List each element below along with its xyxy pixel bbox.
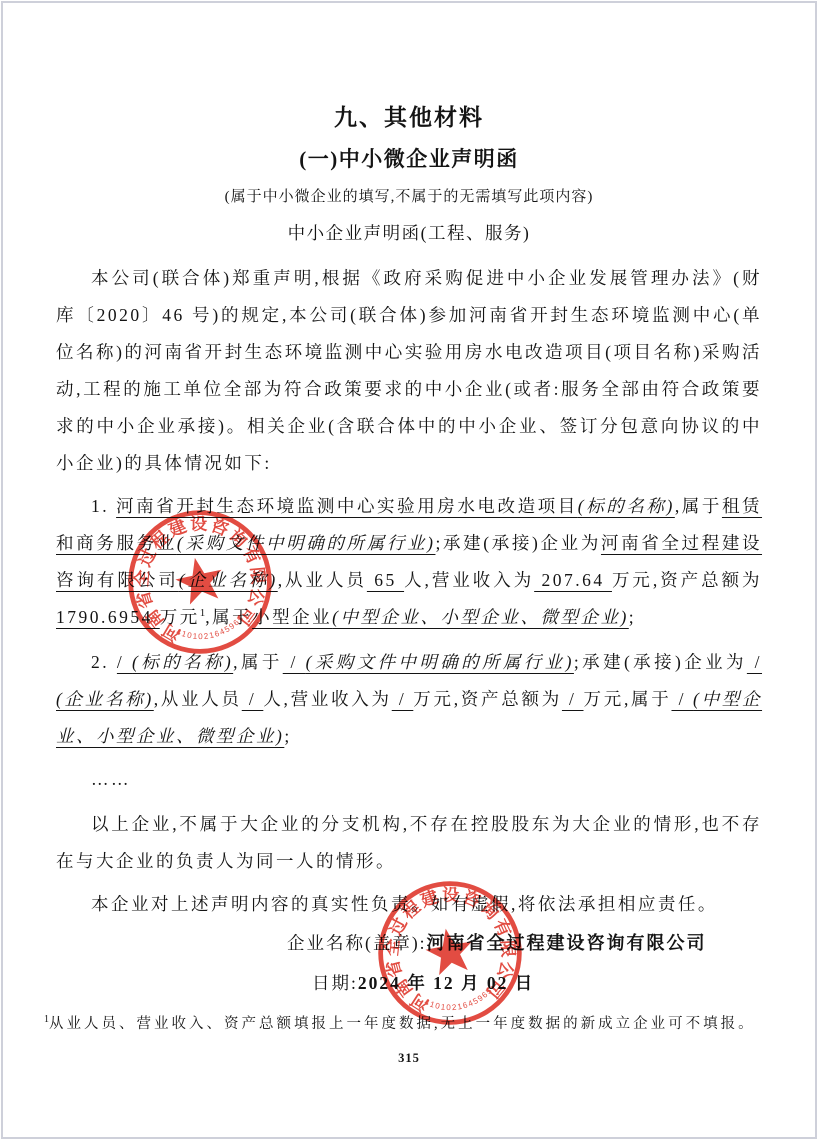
text-segment: ,属于 xyxy=(233,652,283,672)
text-segment: 207.64 xyxy=(534,570,612,590)
text-segment: 1. xyxy=(91,496,116,516)
text-segment: ,从业人员 xyxy=(278,570,367,590)
date-value: 2024 年 12 月 02 日 xyxy=(358,973,534,993)
text-segment: (企业名称) xyxy=(179,570,278,590)
text-segment: ,属于 xyxy=(675,496,722,516)
text-segment: / xyxy=(242,689,264,709)
text-segment: (标的名称) xyxy=(132,652,233,672)
signature-company-name: 河南省全过程建设咨询有限公司 xyxy=(427,933,707,953)
subsection-title: (一)中小微企业声明函 xyxy=(56,138,762,180)
text-segment: ; xyxy=(284,726,291,746)
text-segment: / xyxy=(747,652,762,672)
text-segment: 万元,资产总额为 xyxy=(413,689,562,709)
text-segment: 人,营业收入为 xyxy=(263,689,391,709)
text-segment: 人,营业收入为 xyxy=(404,570,534,590)
text-segment: / xyxy=(562,689,584,709)
responsibility-paragraph: 本企业对上述声明内容的真实性负责。如有虚假,将依法承担相应责任。 xyxy=(56,886,762,923)
text-segment: 万元,资产总额为 xyxy=(612,570,762,590)
text-segment: 小型企业 xyxy=(252,607,332,627)
footnote: 1从业人员、营业收入、资产总额填报上一年度数据,无上一年度数据的新成立企业可不填… xyxy=(44,1009,762,1039)
text-segment: 万元 xyxy=(160,607,200,627)
text-segment: / xyxy=(117,652,132,672)
text-segment: 万元,属于 xyxy=(584,689,672,709)
form-title: 中小企业声明函(工程、服务) xyxy=(56,214,762,252)
enterprise-item-2: 2. / (标的名称),属于 / (采购文件中明确的所属行业);承建(承接)企业… xyxy=(56,644,762,755)
text-segment: (标的名称) xyxy=(578,496,675,516)
text-segment: ;承建(承接)企业为 xyxy=(574,652,747,672)
declaration-paragraph: 本公司(联合体)郑重声明,根据《政府采购促进中小企业发展管理办法》(财库〔202… xyxy=(56,260,762,482)
text-segment: ;承建(承接)企业为 xyxy=(435,533,601,553)
text-segment: ; xyxy=(629,607,636,627)
document-content: 九、其他材料 (一)中小微企业声明函 (属于中小微企业的填写,不属于的无需填写此… xyxy=(56,98,762,1066)
text-segment: ,从业人员 xyxy=(154,689,242,709)
footnote-text: 从业人员、营业收入、资产总额填报上一年度数据,无上一年度数据的新成立企业可不填报… xyxy=(49,1016,756,1032)
text-segment: 1790.6954 xyxy=(56,607,160,627)
text-segment: (采购文件中明确的所属行业) xyxy=(177,533,436,553)
page-number: 315 xyxy=(56,1051,762,1066)
text-segment: / xyxy=(392,689,414,709)
section-title: 九、其他材料 xyxy=(56,98,762,138)
text-segment: (中型企业、小型企业、微型企业) xyxy=(332,607,629,627)
enterprise-item-1: 1. 河南省开封生态环境监测中心实验用房水电改造项目(标的名称),属于租赁和商务… xyxy=(56,488,762,636)
text-segment: / xyxy=(283,652,306,672)
text-segment: / xyxy=(671,689,693,709)
signature-label: 企业名称(盖章): xyxy=(287,933,427,953)
text-segment: ,属于 xyxy=(205,607,252,627)
text-segment: 河南省开封生态环境监测中心实验用房水电改造项目 xyxy=(116,496,578,516)
instruction-note: (属于中小微企业的填写,不属于的无需填写此项内容) xyxy=(56,180,762,214)
document-page: { "page": { "title": "九、其他材料", "subtitle… xyxy=(0,0,818,1140)
text-segment: (企业名称) xyxy=(56,689,154,709)
ellipsis-line: …… xyxy=(56,761,762,798)
date-label: 日期: xyxy=(312,973,358,993)
company-signature-line: 企业名称(盖章):河南省全过程建设咨询有限公司 xyxy=(287,923,762,963)
text-segment: (采购文件中明确的所属行业) xyxy=(306,652,574,672)
date-line: 日期:2024 年 12 月 02 日 xyxy=(312,963,762,1003)
text-segment: 2. xyxy=(91,652,117,672)
no-large-enterprise-paragraph: 以上企业,不属于大企业的分支机构,不存在控股股东为大企业的情形,也不存在与大企业… xyxy=(56,806,762,880)
text-segment: 65 xyxy=(367,570,404,590)
